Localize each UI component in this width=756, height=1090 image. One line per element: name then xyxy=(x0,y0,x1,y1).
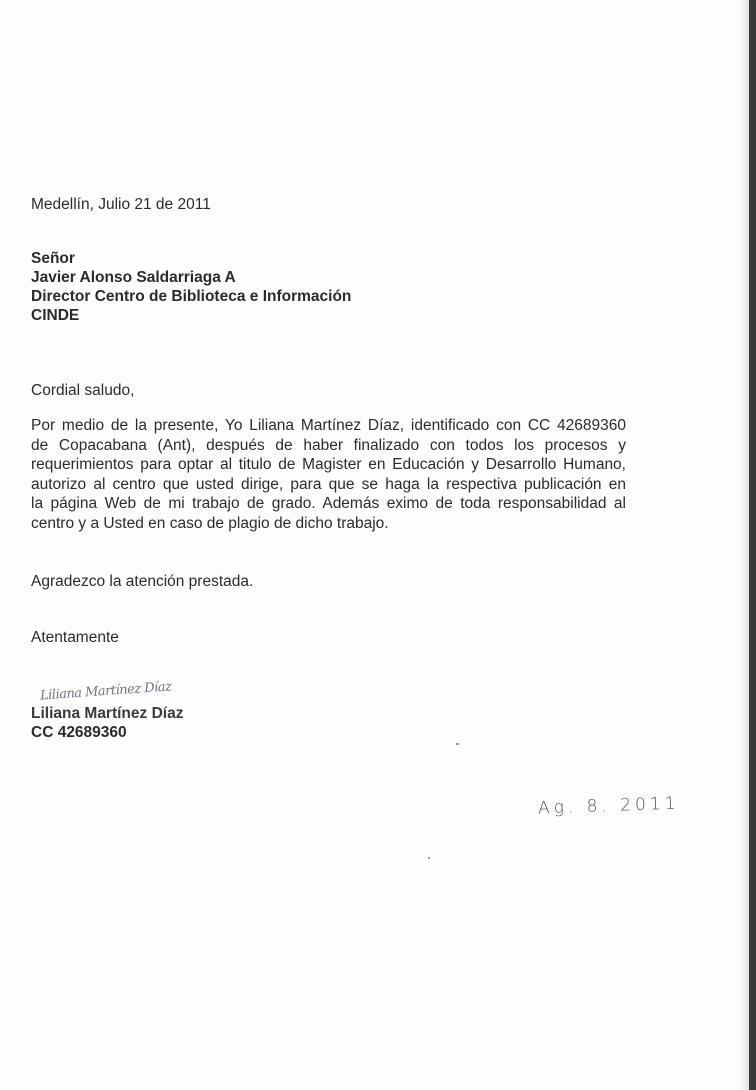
recipient-title: Señor xyxy=(31,249,75,268)
body-line: de Copacabana (Ant), después de haber fi… xyxy=(31,436,626,456)
scan-edge-border xyxy=(749,0,756,1090)
scan-speck xyxy=(456,743,459,745)
signer-name: Liliana Martínez Díaz xyxy=(31,704,183,723)
recipient-organization: CINDE xyxy=(31,306,79,325)
body-line: centro y a Usted en caso de plagio de di… xyxy=(31,514,626,534)
body-line: autorizo al centro que usted dirige, par… xyxy=(31,475,626,495)
body-line: Por medio de la presente, Yo Liliana Mar… xyxy=(31,416,626,436)
handwritten-date: Ag. 8. 2011 xyxy=(538,794,680,819)
body-line: requerimientos para optar al titulo de M… xyxy=(31,455,626,475)
recipient-name: Javier Alonso Saldarriaga A xyxy=(31,268,236,287)
handwritten-signature: Liliana Martínez Díaz xyxy=(40,679,172,703)
scanned-page: Medellín, Julio 21 de 2011 Señor Javier … xyxy=(0,0,749,1090)
place-date: Medellín, Julio 21 de 2011 xyxy=(31,195,211,214)
scan-speck xyxy=(428,857,430,859)
body-line: la página Web de mi trabajo de grado. Ad… xyxy=(31,494,626,514)
greeting: Cordial saludo, xyxy=(31,381,134,400)
closing: Atentamente xyxy=(31,628,119,647)
body-paragraph: Por medio de la presente, Yo Liliana Mar… xyxy=(31,416,626,534)
thanks-line: Agradezco la atención prestada. xyxy=(31,572,253,591)
signer-id: CC 42689360 xyxy=(31,723,127,742)
recipient-position: Director Centro de Biblioteca e Informac… xyxy=(31,287,351,306)
scan-edge-shadow xyxy=(740,0,749,1090)
